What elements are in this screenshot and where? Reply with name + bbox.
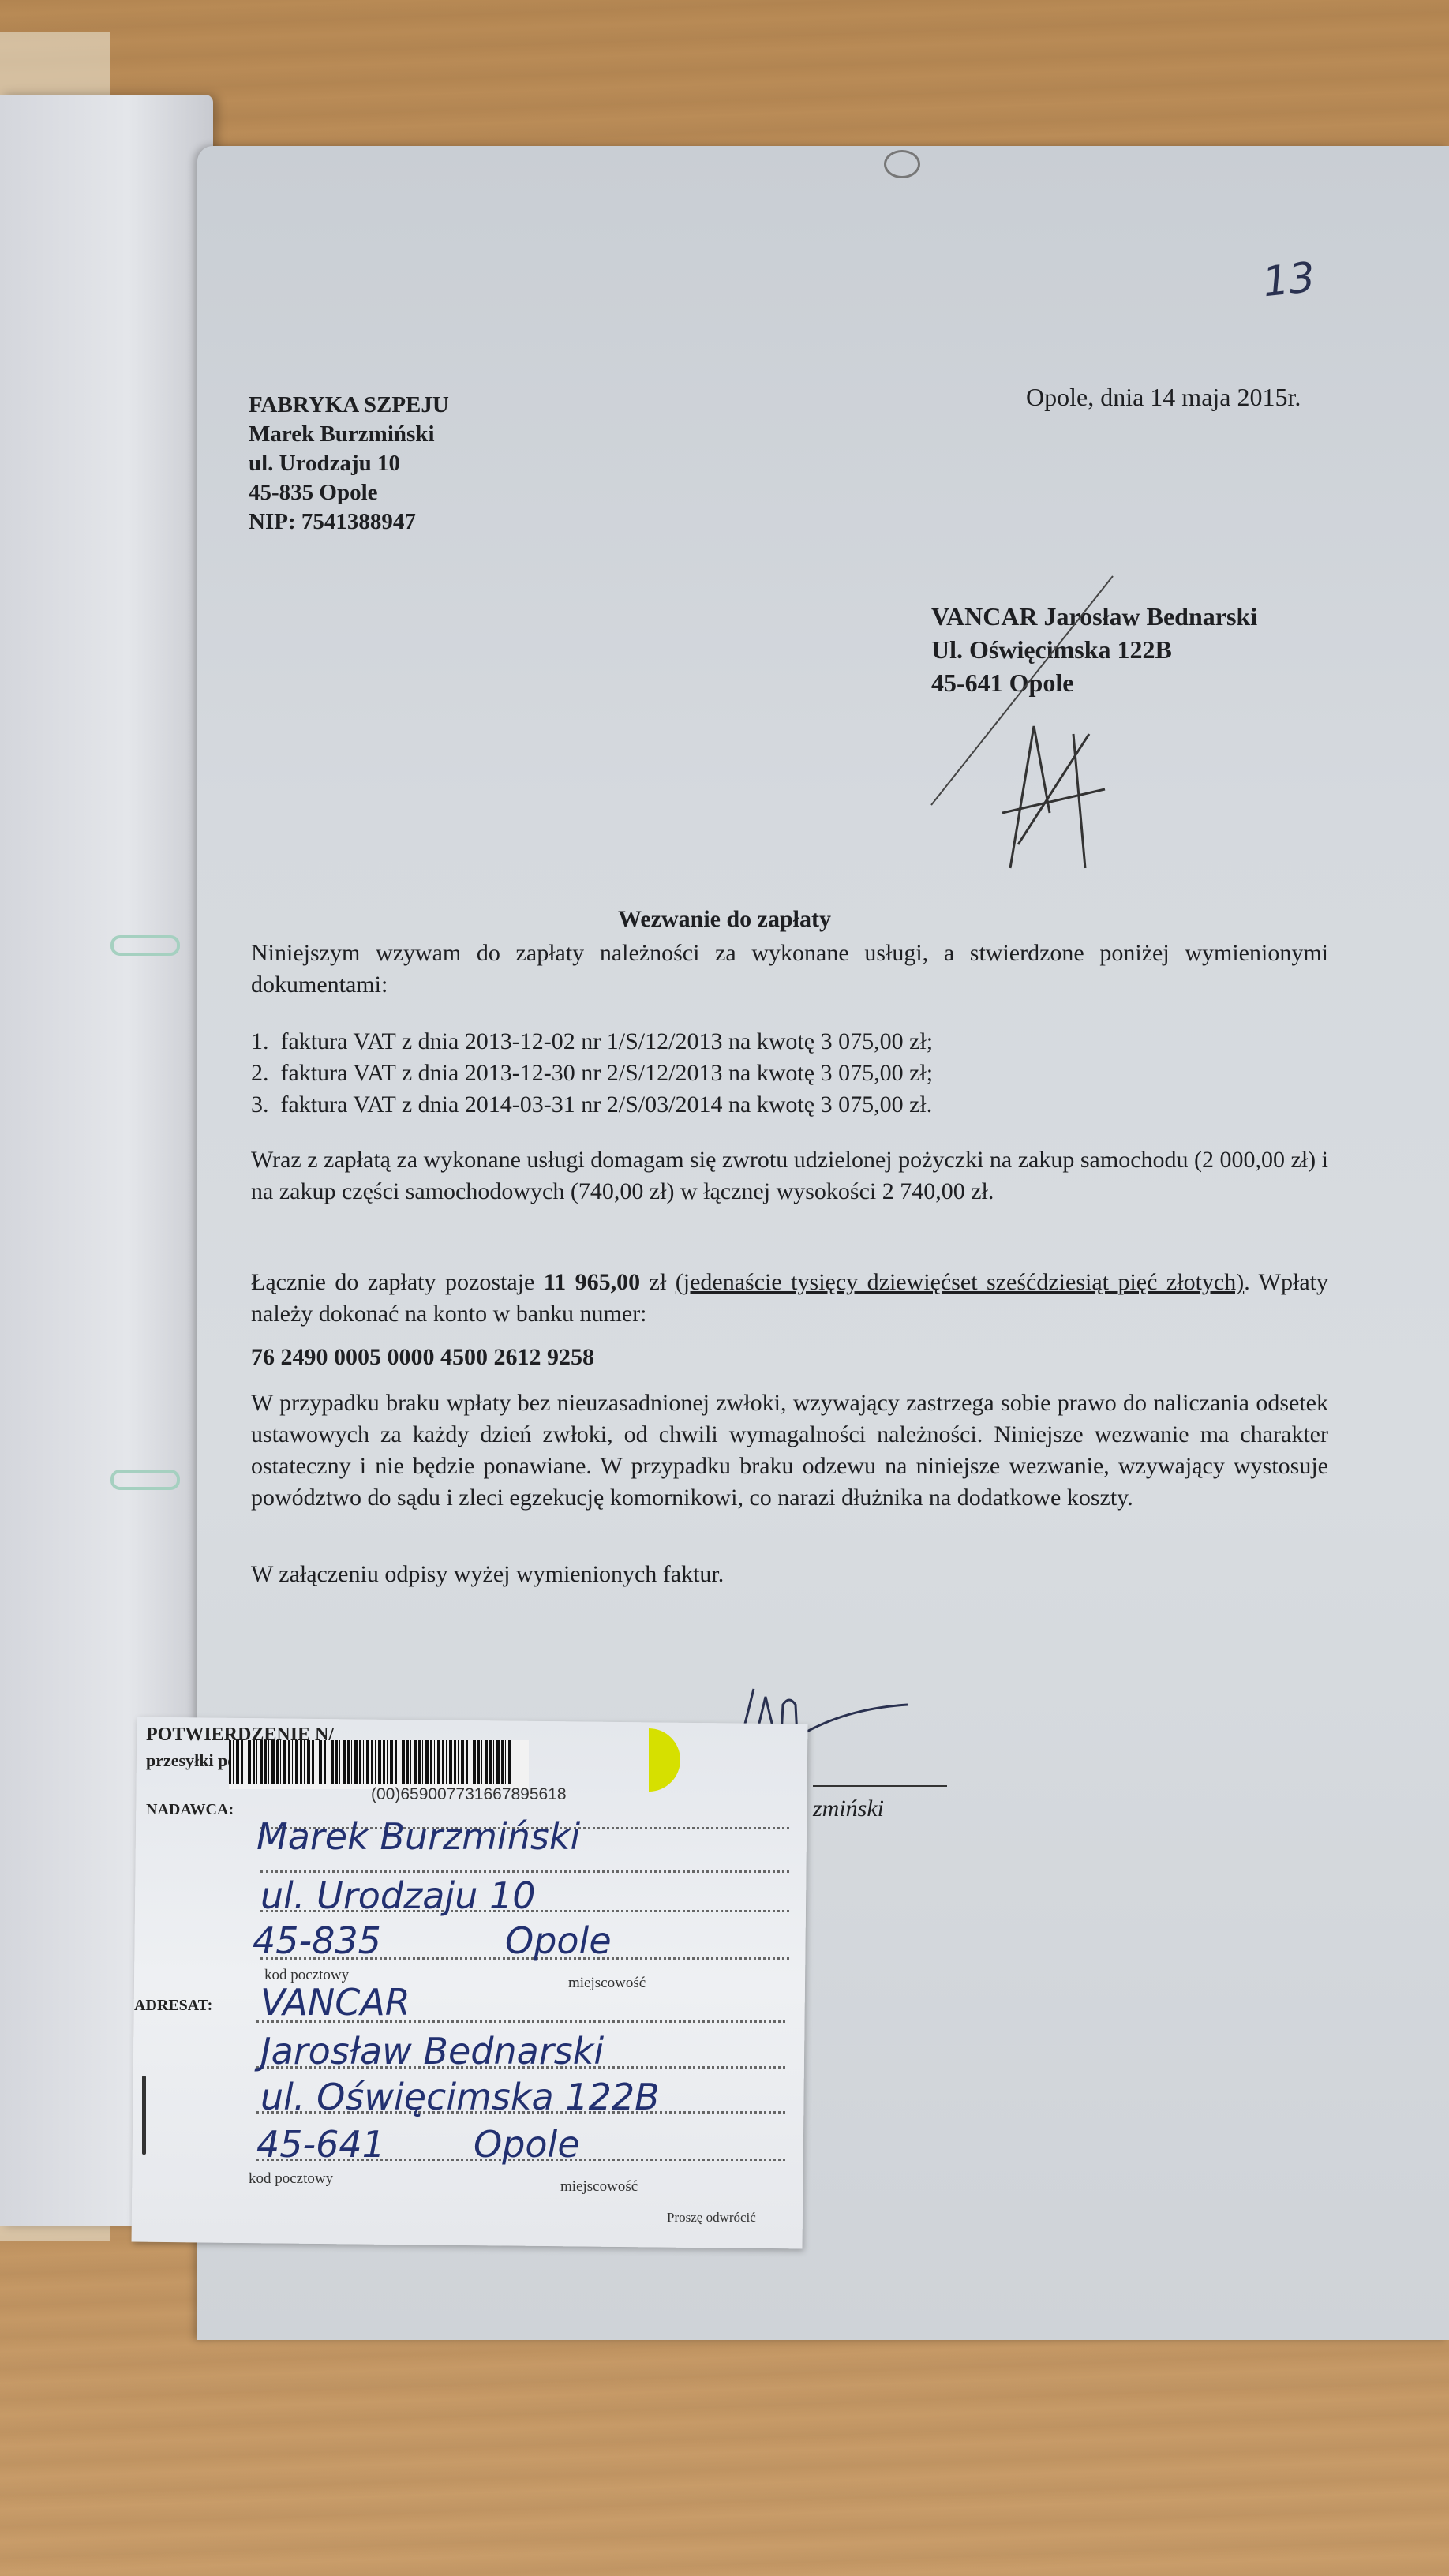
amount-in-words: (jedenaście tysięcy dziewięćset sześćdzi… bbox=[676, 1269, 1244, 1295]
document-title: Wezwanie do zapłaty bbox=[0, 906, 1449, 933]
invoice-item: 3. faktura VAT z dnia 2014-03-31 nr 2/S/… bbox=[251, 1089, 1328, 1121]
city-label: miejscowość bbox=[568, 1975, 646, 1992]
binder-ring-icon bbox=[110, 935, 180, 956]
total-amount: 11 965,00 bbox=[544, 1269, 640, 1295]
binder-ring-icon bbox=[110, 1470, 180, 1490]
total-paragraph: Łącznie do zapłaty pozostaje 11 965,00 z… bbox=[251, 1267, 1328, 1330]
handwritten-sender-street: ul. Urodzaju 10 bbox=[260, 1874, 536, 1917]
sender-label: NADAWCA: bbox=[146, 1801, 234, 1819]
sender-block: FABRYKA SZPEJU Marek Burzmiński ul. Urod… bbox=[249, 391, 449, 537]
handwritten-sender-name: Marek Burzmiński bbox=[256, 1815, 580, 1858]
dotted-line bbox=[260, 1870, 789, 1873]
postal-code-label: kod pocztowy bbox=[249, 2170, 333, 2188]
barcode-number: (00)659007731667895618 bbox=[371, 1785, 567, 1804]
paper-clip-icon bbox=[884, 150, 920, 178]
date-line: Opole, dnia 14 maja 2015r. bbox=[1026, 383, 1301, 412]
city-label: miejscowość bbox=[560, 2178, 638, 2196]
handwritten-recipient-company: VANCAR bbox=[260, 1981, 410, 2024]
invoice-item: 1. faktura VAT z dnia 2013-12-02 nr 1/S/… bbox=[251, 1026, 1328, 1058]
warning-paragraph: W przypadku braku wpłaty bez nieuzasadni… bbox=[251, 1387, 1328, 1514]
sender-company: FABRYKA SZPEJU bbox=[249, 391, 449, 420]
handwritten-recipient-street: ul. Oświęcimska 122B bbox=[260, 2076, 660, 2118]
recipient-label: ADRESAT: bbox=[134, 1997, 212, 2015]
received-initials-mark bbox=[923, 552, 1129, 884]
loan-paragraph: Wraz z zapłatą za wykonane usługi domaga… bbox=[251, 1144, 1328, 1207]
signature-line bbox=[813, 1785, 947, 1787]
signature-name: zmiński bbox=[813, 1795, 884, 1822]
intro-paragraph: Niniejszym wzywam do zapłaty należności … bbox=[251, 938, 1328, 1001]
attachment-note: W załączeniu odpisy wyżej wymienionych f… bbox=[251, 1559, 1328, 1590]
handwritten-recipient-postcode: 45-641 bbox=[256, 2123, 385, 2166]
slip-footer: Proszę odwrócić bbox=[667, 2210, 756, 2226]
handwritten-sender-postcode: 45-835 bbox=[253, 1919, 381, 1962]
page-number: 13 bbox=[1260, 254, 1317, 307]
invoice-item: 2. faktura VAT z dnia 2013-12-30 nr 2/S/… bbox=[251, 1058, 1328, 1089]
bank-account-number: 76 2490 0005 0000 4500 2612 9258 bbox=[251, 1342, 1328, 1373]
sender-nip: NIP: 7541388947 bbox=[249, 507, 449, 537]
sender-name: Marek Burzmiński bbox=[249, 420, 449, 449]
barcode bbox=[229, 1740, 529, 1789]
invoice-list: 1. faktura VAT z dnia 2013-12-02 nr 1/S/… bbox=[251, 1026, 1328, 1121]
handwritten-sender-city: Opole bbox=[505, 1919, 612, 1962]
slip-edge-mark bbox=[142, 2076, 146, 2155]
handwritten-recipient-city: Opole bbox=[474, 2123, 580, 2166]
sender-city: 45-835 Opole bbox=[249, 478, 449, 507]
handwritten-recipient-name: Jarosław Bednarski bbox=[260, 2030, 604, 2072]
sender-street: ul. Urodzaju 10 bbox=[249, 449, 449, 478]
